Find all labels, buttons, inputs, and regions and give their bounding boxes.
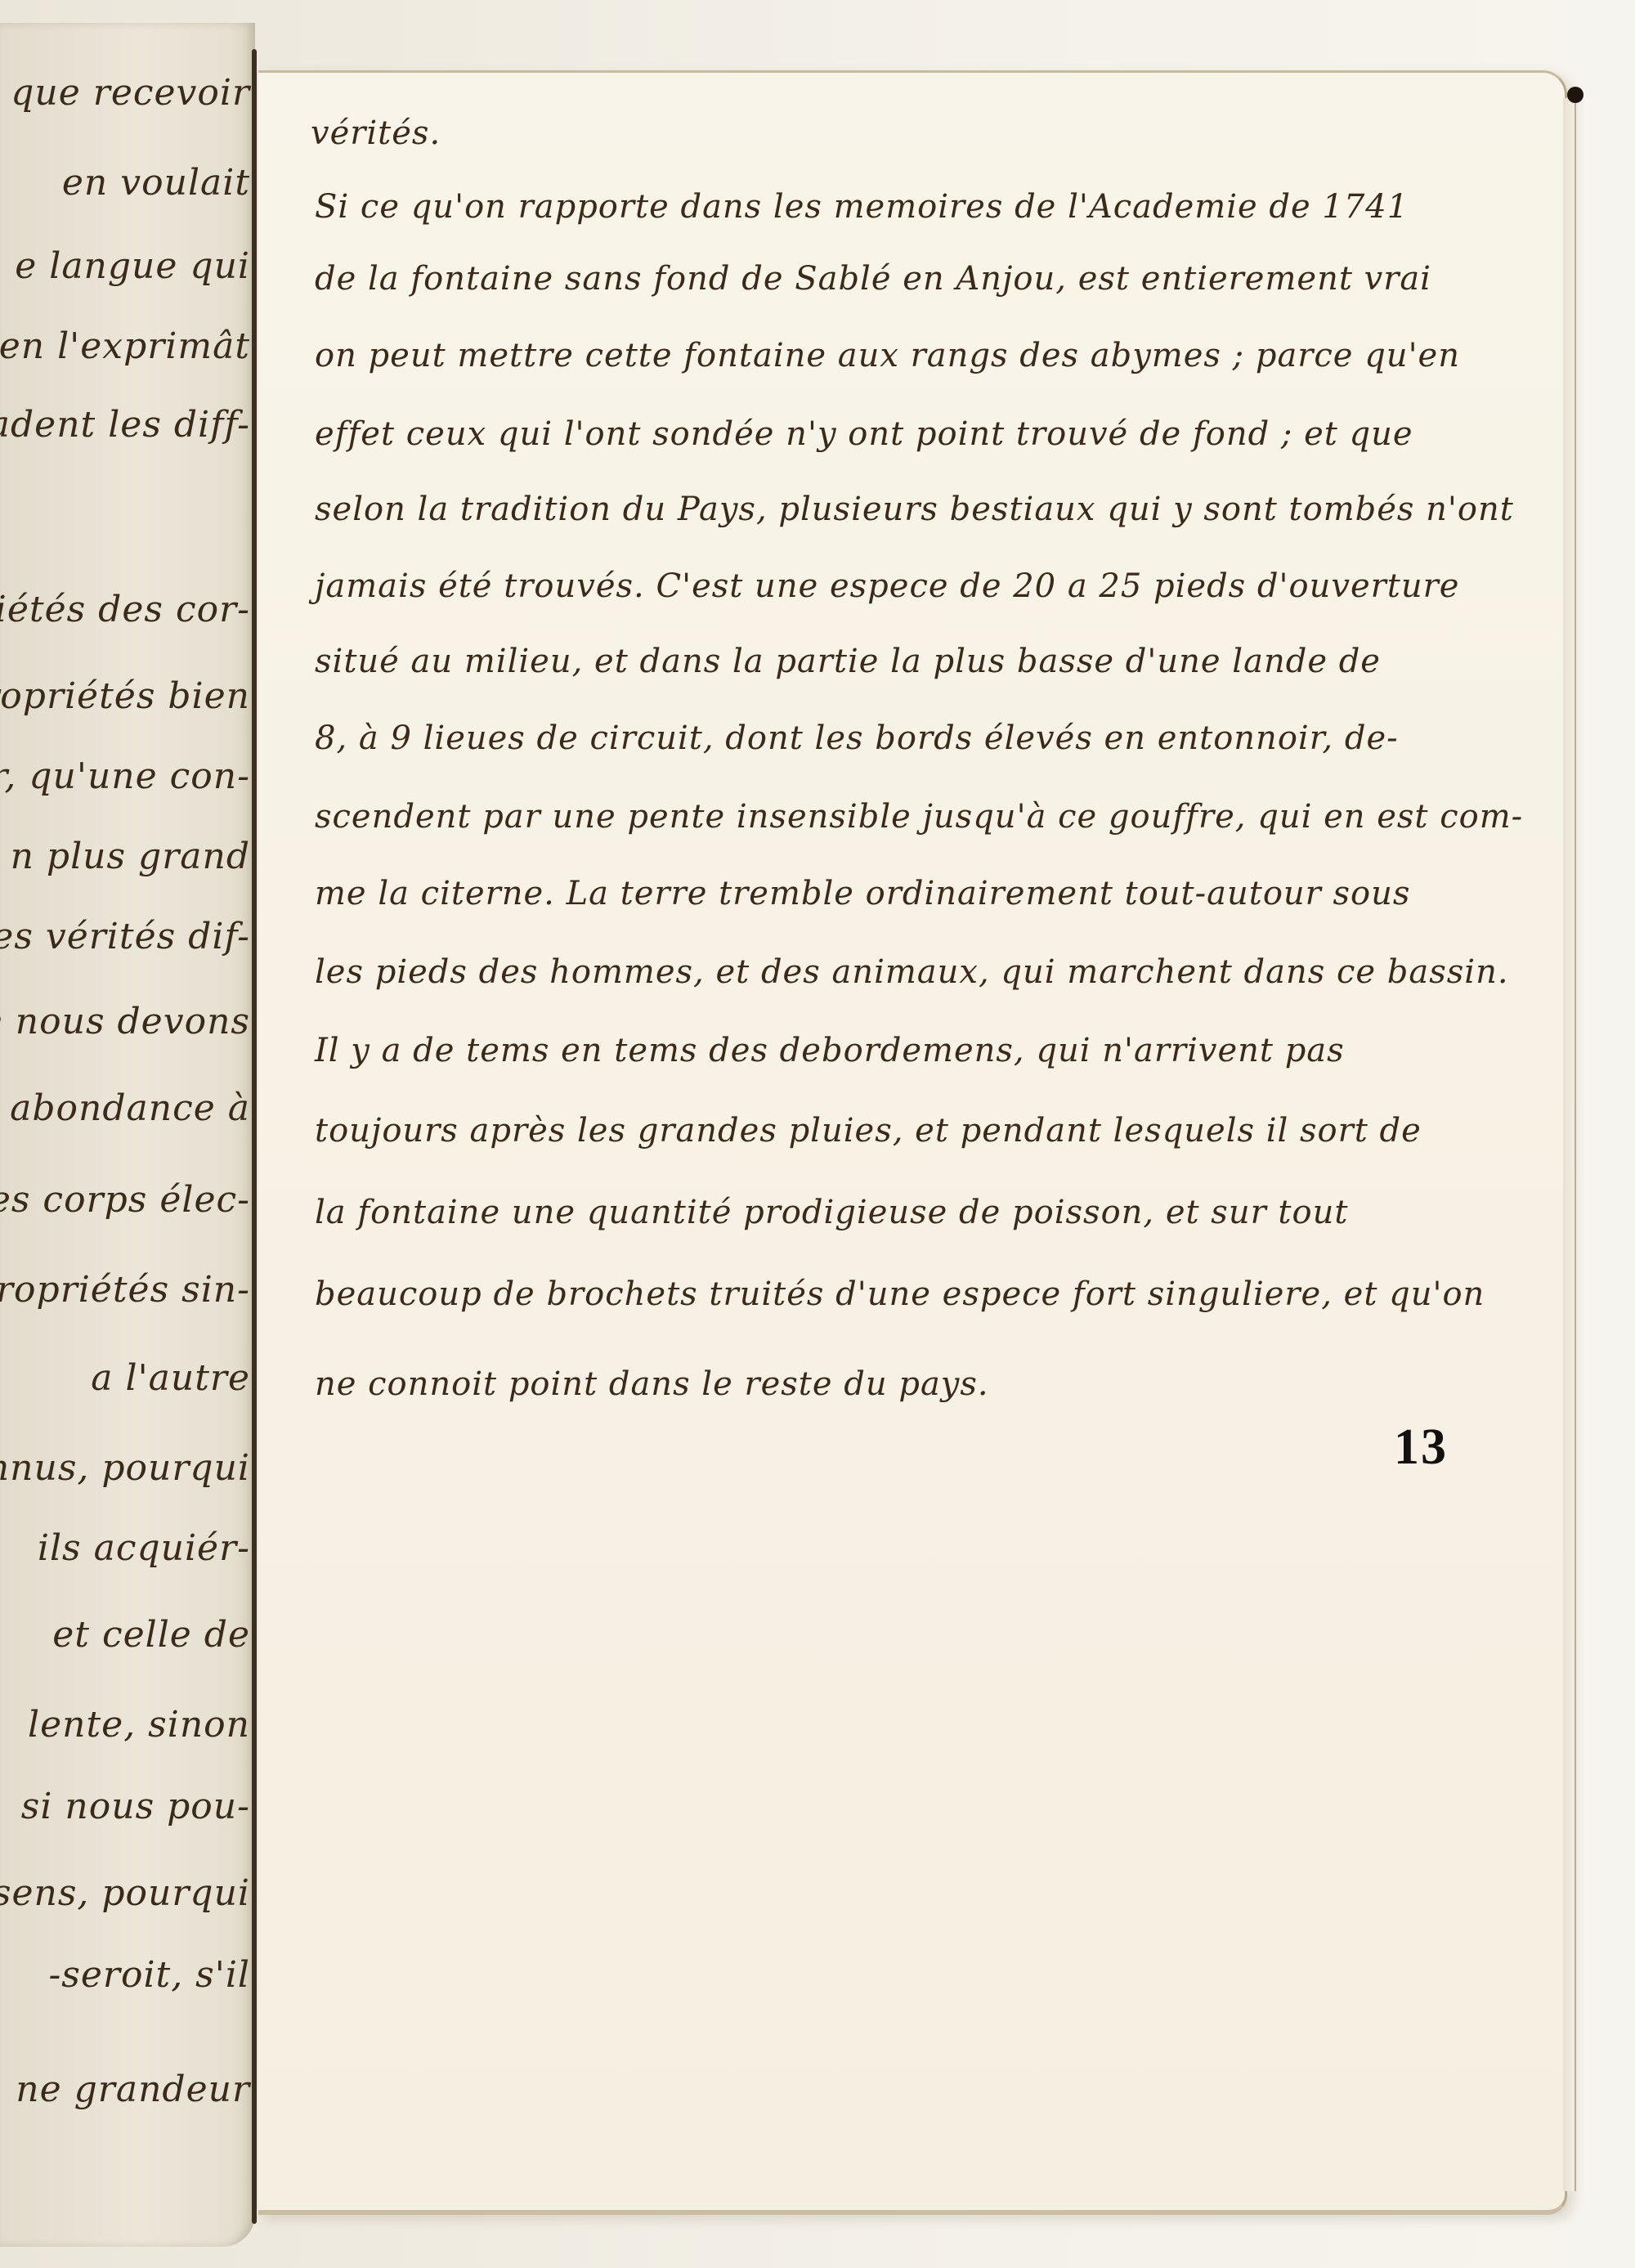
left-line: r, qu'une con- (0, 755, 250, 797)
left-line: nnus, pourqui (0, 1447, 250, 1489)
right-line: ne connoit point dans le reste du pays. (315, 1365, 989, 1403)
left-line: e langue qui (15, 245, 250, 287)
right-line: scendent par une pente insensible jusqu'… (315, 798, 1523, 836)
left-line: -seroit, s'il (48, 1954, 250, 1996)
right-line: Il y a de tems en tems des debordemens, … (315, 1032, 1345, 1069)
left-line: n plus grand (11, 836, 250, 877)
left-line: a l'autre (91, 1357, 250, 1399)
right-line: la fontaine une quantité prodigieuse de … (315, 1194, 1348, 1231)
book-gutter (252, 49, 257, 2224)
left-line: propriétés bien (0, 675, 250, 717)
left-line: propriétés sin- (0, 1269, 250, 1311)
ink-blot (1567, 87, 1583, 103)
left-line: des vérités dif- (0, 916, 250, 957)
left-line: si nous pou- (21, 1786, 250, 1827)
right-line: toujours après les grandes pluies, et pe… (315, 1112, 1422, 1150)
left-line: que recevoir (11, 72, 250, 114)
left-line: sens, pourqui (0, 1872, 250, 1914)
left-line: opriétés des cor- (0, 589, 250, 630)
left-line: les corps élec- (0, 1179, 250, 1221)
left-line: et celle de (52, 1614, 250, 1656)
right-line: 8, à 9 lieues de circuit, dont les bords… (315, 719, 1399, 757)
page-number: 13 (1394, 1419, 1448, 1477)
right-line: vérités. (311, 114, 441, 152)
left-line: en l'exprimât (0, 325, 250, 367)
right-line: selon la tradition du Pays, plusieurs be… (315, 491, 1514, 528)
right-line: beaucoup de brochets truités d'une espec… (315, 1275, 1485, 1313)
right-line: on peut mettre cette fontaine aux rangs … (315, 337, 1460, 374)
right-line: me la citerne. La terre tremble ordinair… (315, 875, 1410, 912)
left-line: en voulait (62, 162, 250, 204)
right-line: Si ce qu'on rapporte dans les memoires d… (315, 188, 1409, 226)
right-line: situé au milieu, et dans la partie la pl… (315, 643, 1381, 680)
left-line: lente, sinon (28, 1704, 250, 1746)
right-line: de la fontaine sans fond de Sablé en Anj… (315, 260, 1431, 298)
left-line: ue nous devons (0, 1001, 250, 1042)
right-line: jamais été trouvés. C'est une espece de … (315, 567, 1459, 605)
left-line: e abondance à (0, 1087, 250, 1129)
right-line: effet ceux qui l'ont sondée n'y ont poin… (315, 415, 1413, 453)
right-line: les pieds des hommes, et des animaux, qu… (315, 953, 1509, 991)
left-line: ils acquiér- (38, 1527, 250, 1569)
page-edge (1563, 98, 1576, 2191)
left-line: adent les diff- (0, 404, 250, 446)
left-line: ne grandeur (16, 2069, 250, 2110)
